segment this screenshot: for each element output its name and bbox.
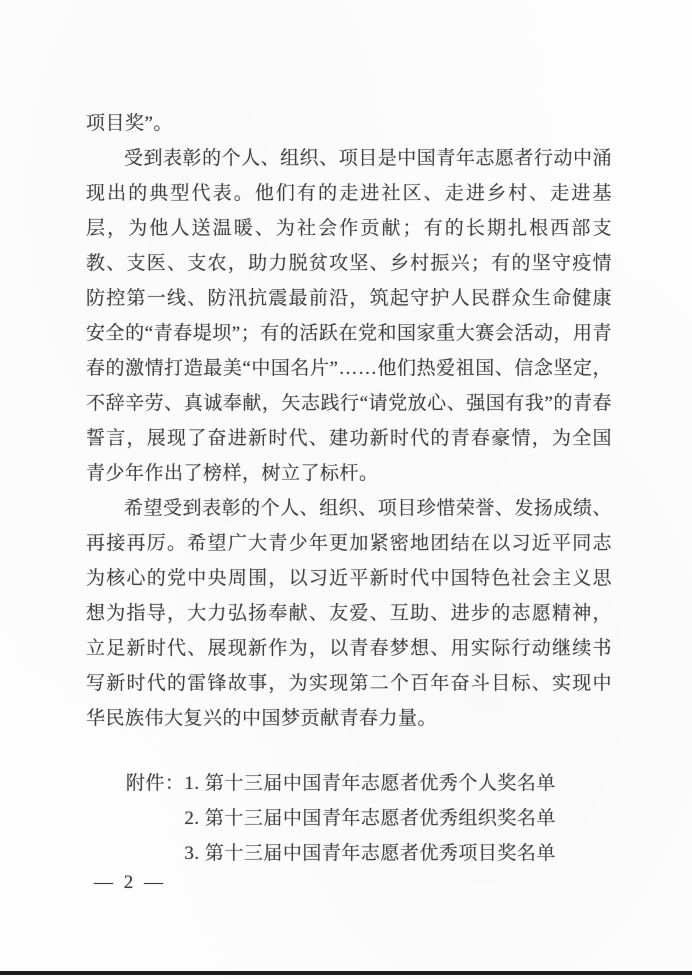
paragraph-hopes-and-expectations: 希望受到表彰的个人、组织、项目珍惜荣誉、发扬成绩、再接再厉。希望广大青少年更加紧… [86, 491, 612, 736]
document-page: 项目奖”。 受到表彰的个人、组织、项目是中国青年志愿者行动中涌现出的典型代表。他… [0, 0, 692, 979]
page-number: — 2 — [94, 872, 166, 894]
attachment-item-project-award: 3. 第十三届中国青年志愿者优秀项目奖名单 [184, 836, 612, 871]
paragraph-continuation: 项目奖”。 [86, 106, 612, 141]
attachments-list: 1. 第十三届中国青年志愿者优秀个人奖名单 2. 第十三届中国青年志愿者优秀组织… [184, 766, 612, 871]
attachment-item-organization-award: 2. 第十三届中国青年志愿者优秀组织奖名单 [184, 801, 612, 836]
paragraph-commended-representatives: 受到表彰的个人、组织、项目是中国青年志愿者行动中涌现出的典型代表。他们有的走进社… [86, 141, 612, 491]
attachments-label: 附件： [126, 766, 185, 871]
document-body: 项目奖”。 受到表彰的个人、组织、项目是中国青年志愿者行动中涌现出的典型代表。他… [86, 106, 612, 871]
attachments-block: 附件： 1. 第十三届中国青年志愿者优秀个人奖名单 2. 第十三届中国青年志愿者… [126, 766, 612, 871]
page-bottom-edge-line [0, 971, 692, 975]
attachment-item-individual-award: 1. 第十三届中国青年志愿者优秀个人奖名单 [184, 766, 612, 801]
